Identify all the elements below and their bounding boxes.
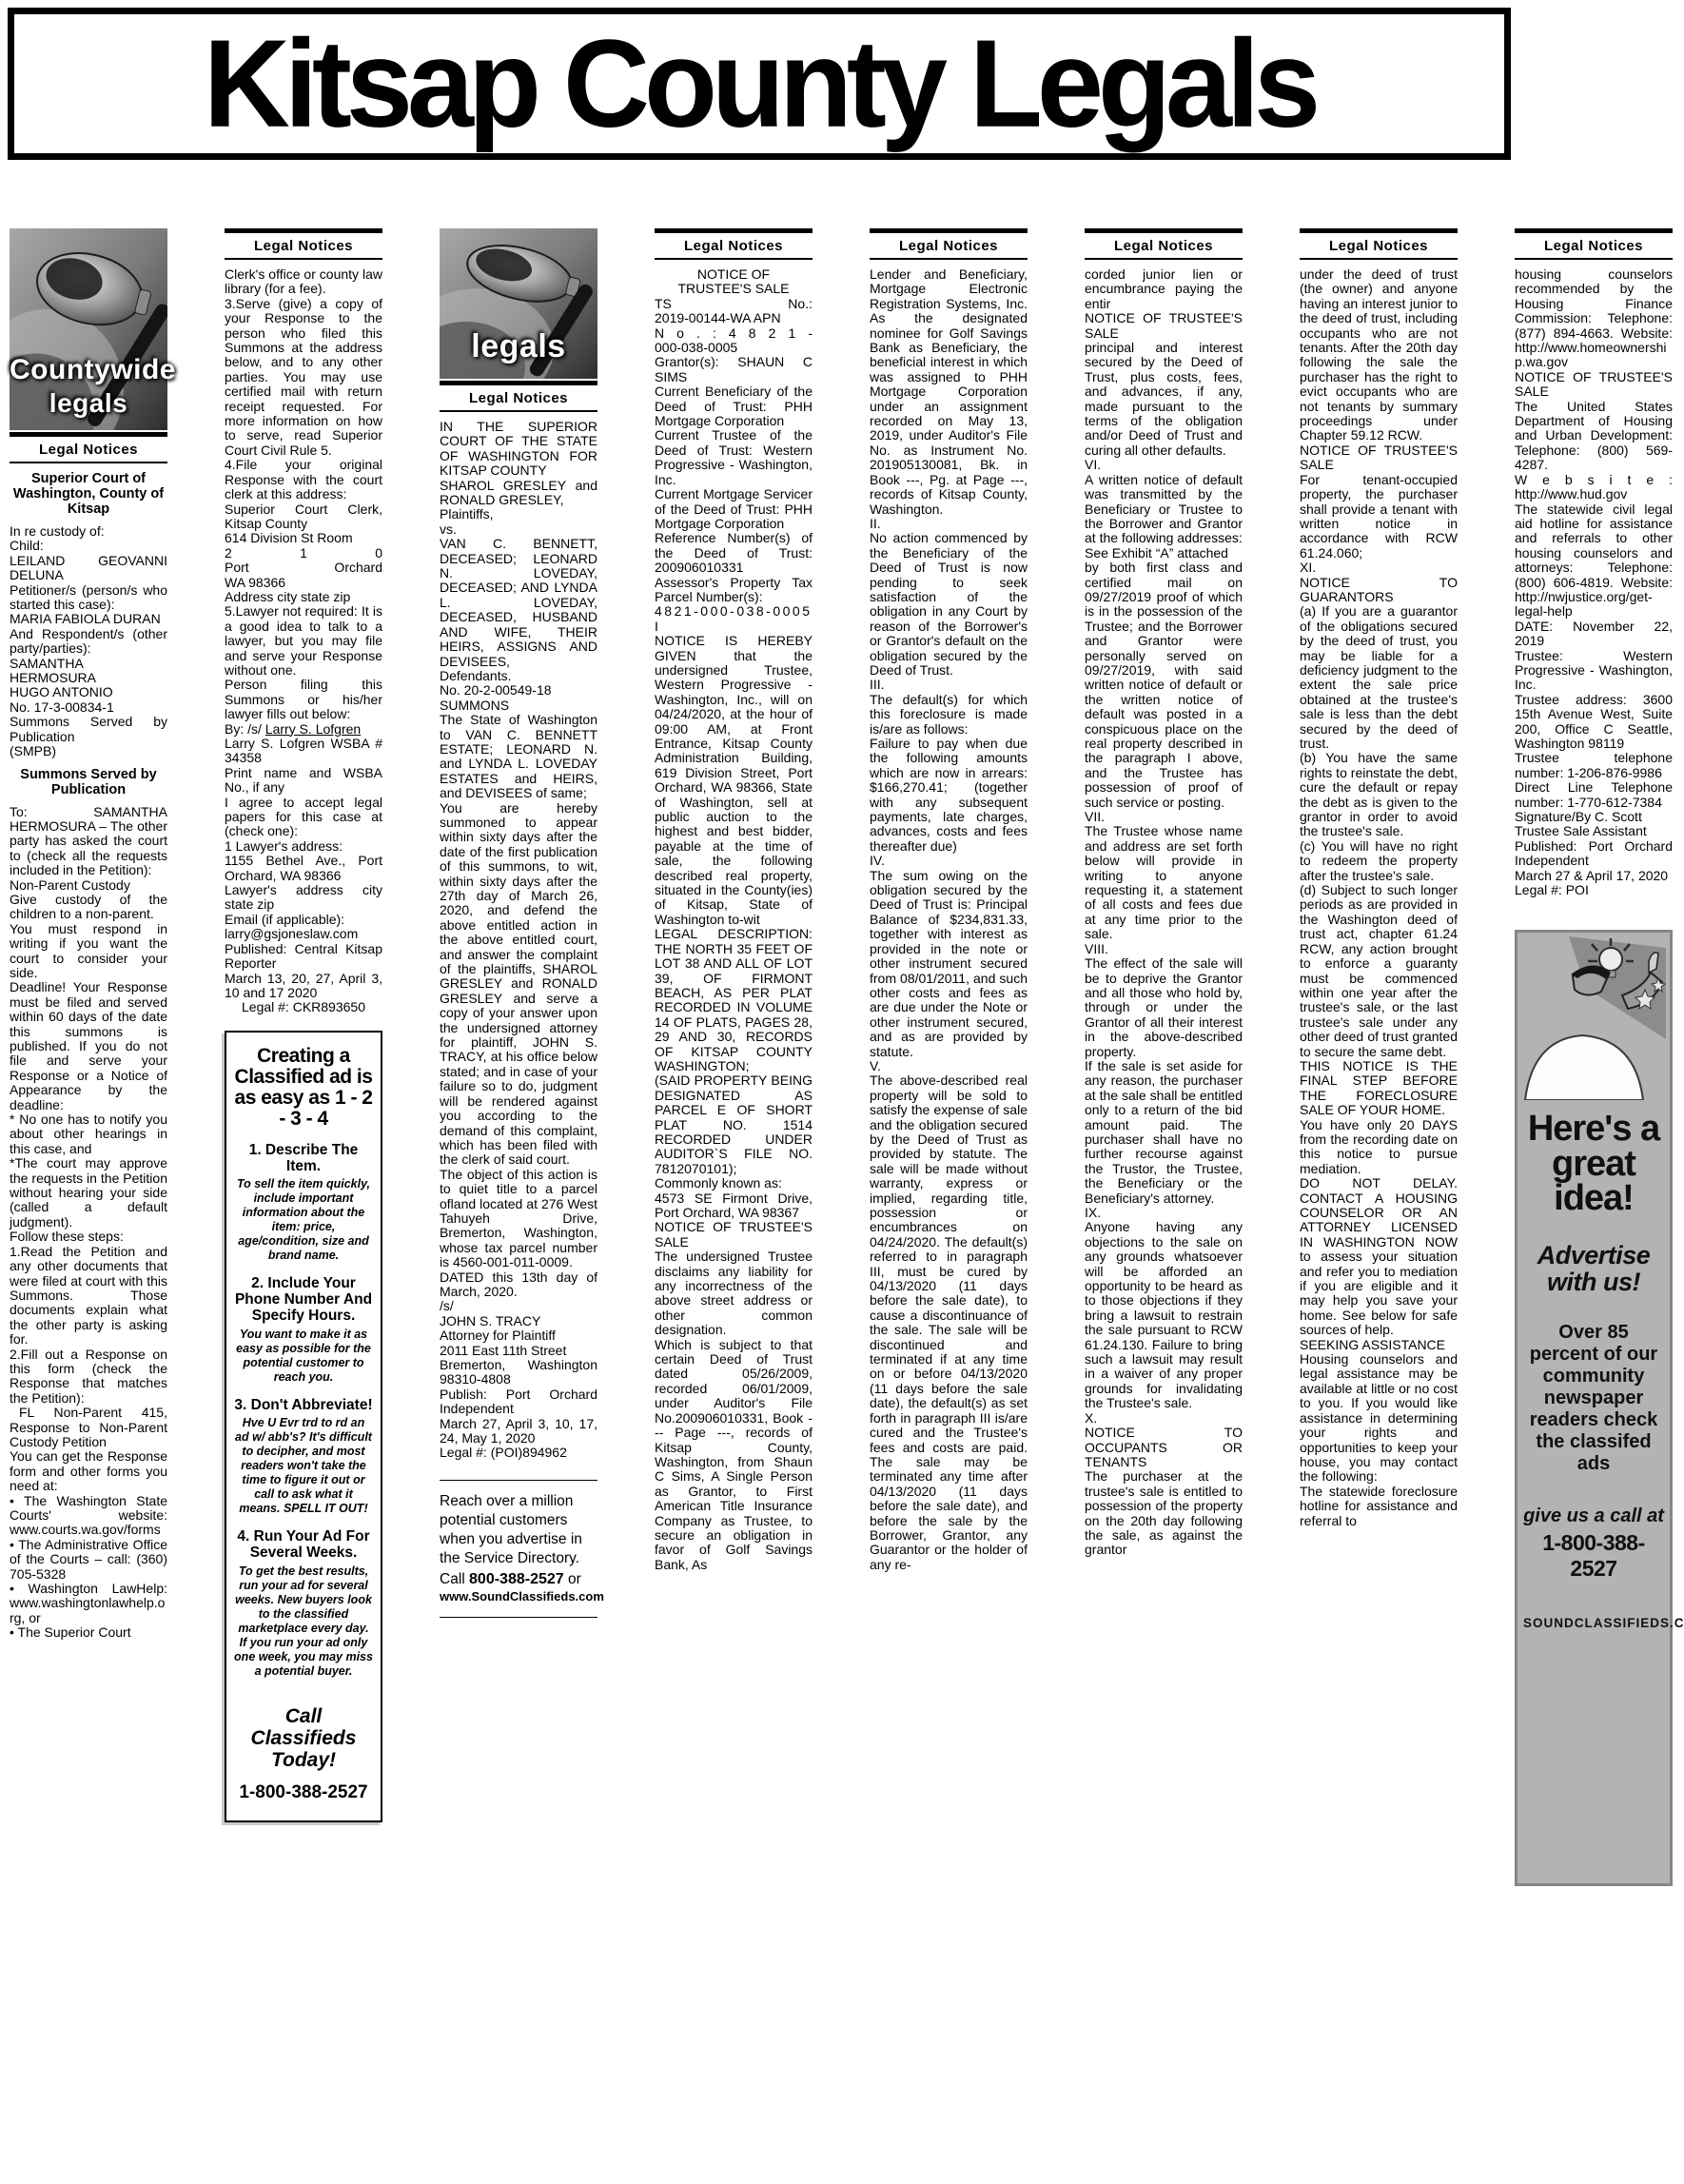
column-4: Legal NoticesNOTICE OFTRUSTEE'S SALETS N… xyxy=(655,228,813,2176)
legal-text: NOTICE OF TRUSTEE'S SALE xyxy=(1300,443,1458,473)
legal-text: FL Non-Parent 415, Response to Non-Paren… xyxy=(10,1406,167,1449)
legal-text: No. 20-2-00549-18 xyxy=(440,683,597,698)
classified-step-heading: 2. Include Your Phone Number And Specify… xyxy=(234,1276,373,1324)
legal-text: Larry S. Lofgren WSBA # 34358 xyxy=(225,737,382,766)
header-rule-thin xyxy=(225,258,382,260)
legal-text: No. 17-3-00834-1 xyxy=(10,700,167,715)
legal-notices-title: Legal Notices xyxy=(1085,233,1243,258)
legal-text: 2011 East 11th Street xyxy=(440,1344,597,1358)
legal-text: Current Mortgage Servicer of the Deed of… xyxy=(655,487,813,531)
service-directory-ad: Reach over a million potential customers… xyxy=(440,1480,597,1619)
legal-text: NOTICE OF TRUSTEE'S SALE xyxy=(1515,370,1673,400)
legal-text: Trustee: Western Progressive - Washingto… xyxy=(1515,649,1673,693)
legal-text: 4573 SE Firmont Drive, Port Orchard, WA … xyxy=(655,1191,813,1221)
legal-text: V. xyxy=(870,1059,1028,1073)
classified-ad-step: 3. Don't Abbreviate!Hve U Evr trd to rd … xyxy=(234,1398,373,1517)
legal-notices-title: Legal Notices xyxy=(655,233,813,258)
legal-text: DATE: November 22, 2019 xyxy=(1515,620,1673,649)
legal-text: W e b s i t e : xyxy=(1515,473,1673,487)
legal-text: Petitioner/s (person/s who started this … xyxy=(10,583,167,613)
legal-text: 000-038-0005 xyxy=(655,341,813,355)
classified-step-body: You want to make it as easy as possible … xyxy=(234,1328,373,1385)
advertise-ad-phone: 1-800-388-2527 xyxy=(1523,1530,1664,1582)
classified-ad-step: 4. Run Your Ad For Several Weeks.To get … xyxy=(234,1529,373,1678)
legal-text: 1.Read the Petition and any other docume… xyxy=(10,1245,167,1348)
legal-text: Legal #: (POI)894962 xyxy=(440,1446,597,1460)
legal-text: The undersigned Trustee disclaims any li… xyxy=(655,1249,813,1337)
legal-text: IV. xyxy=(870,854,1028,868)
legal-text: 1155 Bethel Ave., Port Orchard, WA 98366 xyxy=(225,854,382,883)
legal-notices-title: Legal Notices xyxy=(225,233,382,258)
legal-notices-title: Legal Notices xyxy=(870,233,1028,258)
legal-text: VII. xyxy=(1085,810,1243,824)
legal-text: VAN C. BENNETT, DECEASED; LEONARD N. LOV… xyxy=(440,537,597,669)
legal-notices-title: Legal Notices xyxy=(440,385,597,410)
legal-text: See Exhibit “A” attached xyxy=(1085,546,1243,561)
legal-text: II. xyxy=(870,517,1028,531)
legal-text: The State of Washington to VAN C. BENNET… xyxy=(440,713,597,800)
classified-step-heading: 1. Describe The Item. xyxy=(234,1143,373,1174)
classified-step-heading: 4. Run Your Ad For Several Weeks. xyxy=(234,1529,373,1561)
legal-text: A written notice of default was transmit… xyxy=(1085,473,1243,546)
legal-text: The statewide civil legal aid hotline fo… xyxy=(1515,502,1673,620)
legal-text: Published: Port Orchard Independent xyxy=(1515,839,1673,869)
legal-text: March 13, 20, 27, April 3, 10 and 17 202… xyxy=(225,972,382,1001)
legal-text: Give custody of the children to a non-pa… xyxy=(10,893,167,922)
header-rule-thin xyxy=(440,410,597,412)
classified-step-body: Hve U Evr trd to rd an ad w/ abb's? It's… xyxy=(234,1416,373,1516)
legal-text: Which is subject to that certain Deed of… xyxy=(655,1338,813,1573)
classified-step-heading: 3. Don't Abbreviate! xyxy=(234,1398,373,1414)
legal-notices-header: Legal Notices xyxy=(225,228,382,260)
legal-text: Print name and WSBA No., if any xyxy=(225,766,382,796)
legal-text: And Respondent/s (other party/parties): xyxy=(10,627,167,657)
header-rule-thin xyxy=(655,258,813,260)
legal-text: 614 Division St Room xyxy=(225,531,382,545)
legal-text: Current Trustee of the Deed of Trust: We… xyxy=(655,428,813,487)
legal-text: Published: Central Kitsap Reporter xyxy=(225,942,382,972)
legal-text: You can get the Response form and other … xyxy=(10,1449,167,1493)
column-8: Legal Noticeshousing counselors recommen… xyxy=(1515,228,1673,2176)
legal-text: N o . : 4 8 2 1 - xyxy=(655,326,813,341)
legal-text: by both first class and certified mail o… xyxy=(1085,561,1243,810)
legal-notices-title: Legal Notices xyxy=(1300,233,1458,258)
legal-text: I agree to accept legal papers for this … xyxy=(225,796,382,839)
legal-text: DO NOT DELAY. CONTACT A HOUSING COUNSELO… xyxy=(1300,1176,1458,1337)
legal-text: Follow these steps: xyxy=(10,1230,167,1244)
legal-notices-header: Legal Notices xyxy=(1085,228,1243,260)
column-1: CountywidelegalsLegal NoticesSuperior Co… xyxy=(10,228,167,2176)
legal-text: Direct Line Telephone number: 1-770-612-… xyxy=(1515,780,1673,810)
legal-text: VI. xyxy=(1085,458,1243,472)
header-rule-thin xyxy=(10,462,167,463)
legal-text: NOTICE OF TRUSTEE'S SALE xyxy=(655,1220,813,1249)
legal-text: Housing counselors and legal assistance … xyxy=(1300,1352,1458,1485)
service-ad-or: or xyxy=(568,1571,581,1587)
legal-text: You are hereby summoned to appear within… xyxy=(440,801,597,1168)
legal-text: SAMANTHA HERMOSURA xyxy=(10,657,167,686)
legal-notices-title: Legal Notices xyxy=(10,437,167,462)
legal-text: • The Superior Court xyxy=(10,1625,167,1640)
legal-text: 5.Lawyer not required: It is a good idea… xyxy=(225,604,382,678)
legal-text: 2 1 0 xyxy=(225,546,382,561)
legal-text: Lender and Beneficiary, Mortgage Electro… xyxy=(870,267,1028,517)
legal-text: If the sale is set aside for any reason,… xyxy=(1085,1059,1243,1206)
legal-text: 3.Serve (give) a copy of your Response t… xyxy=(225,297,382,458)
legal-notices-header: Legal Notices xyxy=(10,432,167,463)
legal-text: Address city state zip xyxy=(225,590,382,604)
legal-text: You have only 20 DAYS from the recording… xyxy=(1300,1118,1458,1177)
legal-text: To: SAMANTHA HERMOSURA – The other party… xyxy=(10,805,167,878)
legal-text: (SAID PROPERTY BEING DESIGNATED AS PARCE… xyxy=(655,1073,813,1176)
legal-text: Summons Served by Publication xyxy=(10,715,167,744)
legal-text: The effect of the sale will be to depriv… xyxy=(1085,956,1243,1059)
legal-text: Bremerton, Washington 98310-4808 xyxy=(440,1358,597,1387)
legal-notices-header: Legal Notices xyxy=(440,381,597,412)
legal-text: LEILAND GEOVANNI DELUNA xyxy=(10,554,167,583)
photo-caption: legals xyxy=(440,328,597,365)
advertise-ad-body: Over 85 percent of our community newspap… xyxy=(1523,1322,1664,1475)
legal-text: The object of this action is to quiet ti… xyxy=(440,1168,597,1270)
legal-text: The statewide foreclosure hotline for as… xyxy=(1300,1485,1458,1528)
legal-text: housing counselors recommended by the Ho… xyxy=(1515,267,1673,370)
advertise-with-us-ad: Here's a great idea!Advertise with us!Ov… xyxy=(1515,930,1673,1886)
legal-text: 4.File your original Response with the c… xyxy=(225,458,382,502)
legal-text: NOTICE TO OCCUPANTS OR TENANTS xyxy=(1085,1426,1243,1469)
legal-text: MARIA FABIOLA DURAN xyxy=(10,612,167,626)
legal-text: Person filing this Summons or his/her la… xyxy=(225,678,382,721)
legal-text: I xyxy=(655,620,813,634)
legal-text: (c) You will have no right to redeem the… xyxy=(1300,839,1458,883)
legal-text: The sum owing on the obligation secured … xyxy=(870,869,1028,1059)
legal-text: The purchaser at the trustee's sale is e… xyxy=(1085,1469,1243,1557)
service-ad-call-line: Call 800-388-2527 or xyxy=(440,1571,597,1588)
legal-text: NOTICE OF TRUSTEE'S SALE xyxy=(1085,311,1243,341)
legal-subheading: Superior Court of Washington, County of … xyxy=(10,471,167,517)
column-6: Legal Noticescorded junior lien or encum… xyxy=(1085,228,1243,2176)
legal-text: Attorney for Plaintiff xyxy=(440,1328,597,1343)
legal-text: Defendants. xyxy=(440,669,597,683)
legal-text: vs. xyxy=(440,522,597,537)
legal-text: Lawyer's address city state zip xyxy=(225,883,382,913)
service-ad-phone: 800-388-2527 xyxy=(469,1571,564,1587)
classified-howto-ad: Creating a Classified ad is as easy as 1… xyxy=(225,1031,382,1822)
legal-text: SUMMONS xyxy=(440,698,597,713)
legal-text: 2019-00144-WA APN xyxy=(655,311,813,325)
legal-text: 2.Fill out a Response on this form (chec… xyxy=(10,1348,167,1407)
column-3: legalsLegal NoticesIN THE SUPERIOR COURT… xyxy=(440,228,597,2176)
legal-text: WA 98366 xyxy=(225,576,382,590)
legal-text: under the deed of trust (the owner) and … xyxy=(1300,267,1458,443)
legal-text: VIII. xyxy=(1085,942,1243,956)
legal-text: • The Washington State Courts' website: … xyxy=(10,1494,167,1538)
legal-text: X. xyxy=(1085,1411,1243,1426)
legal-text: Failure to pay when due the following am… xyxy=(870,737,1028,854)
signature-name: Larry S. Lofgren xyxy=(265,721,361,737)
legal-text: TS No.: xyxy=(655,297,813,311)
column-5: Legal NoticesLender and Beneficiary, Mor… xyxy=(870,228,1028,2176)
legal-text: Grantor(s): SHAUN C SIMS xyxy=(655,355,813,384)
legal-text: Reference Number(s) of the Deed of Trust… xyxy=(655,531,813,575)
legal-notices-header: Legal Notices xyxy=(870,228,1028,260)
legal-text: Current Beneficiary of the Deed of Trust… xyxy=(655,384,813,428)
legal-text: Legal #: CKR893650 xyxy=(225,1000,382,1014)
legal-text: NOTICE OF xyxy=(655,267,813,282)
legal-text: DATED this 13th day of March, 2020. xyxy=(440,1270,597,1300)
legal-text: TRUSTEE'S SALE xyxy=(655,282,813,296)
page-title: Kitsap County Legals xyxy=(204,21,1315,146)
legal-notices-title: Legal Notices xyxy=(1515,233,1673,258)
legal-text: IX. xyxy=(1085,1206,1243,1220)
legal-text: Non-Parent Custody xyxy=(10,878,167,893)
classified-ad-phone: 1-800-388-2527 xyxy=(234,1782,373,1803)
classified-ad-step: 1. Describe The Item.To sell the item qu… xyxy=(234,1143,373,1263)
legal-text: Assessor's Property Tax Parcel Number(s)… xyxy=(655,576,813,605)
legal-notice-columns: CountywidelegalsLegal NoticesSuperior Co… xyxy=(10,228,1673,2176)
legal-text: Superior Court Clerk, Kitsap County xyxy=(225,502,382,532)
legal-text: NOTICE TO GUARANTORS xyxy=(1300,576,1458,605)
legal-notices-header: Legal Notices xyxy=(1300,228,1458,260)
service-ad-website: www.SoundClassifieds.com xyxy=(440,1589,597,1604)
legal-text: Port Orchard xyxy=(225,561,382,575)
classified-step-body: To sell the item quickly, include import… xyxy=(234,1177,373,1263)
legal-text: SHAROL GRESLEY and RONALD GRESLEY, xyxy=(440,479,597,508)
classified-ad-step: 2. Include Your Phone Number And Specify… xyxy=(234,1276,373,1384)
legal-text: (d) Subject to such longer periods as ar… xyxy=(1300,883,1458,1059)
legal-text: LEGAL DESCRIPTION: THE NORTH 35 FEET OF … xyxy=(655,927,813,1073)
header-rule-thin xyxy=(1085,258,1243,260)
lightbulb-person-illustration xyxy=(1523,936,1666,1100)
photo-caption: legals xyxy=(10,388,167,419)
legal-text: The default(s) for which this foreclosur… xyxy=(870,693,1028,737)
legal-text: The above-described real property will b… xyxy=(870,1073,1028,1572)
classified-ad-cta: Call Classifieds Today! xyxy=(234,1705,373,1771)
legal-text: * No one has to notify you about other h… xyxy=(10,1112,167,1156)
legal-text: Child: xyxy=(10,539,167,553)
legal-text: (a) If you are a guarantor of the obliga… xyxy=(1300,604,1458,751)
signature-line: By: /s/ Larry S. Lofgren xyxy=(225,722,382,737)
legal-text: corded junior lien or encumbrance paying… xyxy=(1085,267,1243,311)
advertise-ad-subheadline: Advertise with us! xyxy=(1523,1242,1664,1296)
legal-text: • Washington LawHelp: www.washingtonlawh… xyxy=(10,1582,167,1625)
legal-text: Publish: Port Orchard Independent xyxy=(440,1387,597,1417)
classified-step-body: To get the best results, run your ad for… xyxy=(234,1564,373,1679)
photo-caption: Countywide xyxy=(10,354,167,386)
legal-text: XI. xyxy=(1300,561,1458,575)
legal-text: March 27 & April 17, 2020 xyxy=(1515,869,1673,883)
legal-text: 4821-000-038-0005 xyxy=(655,604,813,619)
legal-text: SEEKING ASSISTANCE xyxy=(1300,1338,1458,1352)
legal-text: • The Administrative Office of the Court… xyxy=(10,1538,167,1582)
legal-text: Trustee telephone number: 1-206-876-9986 xyxy=(1515,751,1673,780)
service-ad-call-prefix: Call xyxy=(440,1571,465,1587)
legal-text: March 27, April 3, 10, 17, 24, May 1, 20… xyxy=(440,1417,597,1446)
service-ad-text: Reach over a million potential customers… xyxy=(440,1492,597,1569)
legal-text: Email (if applicable): xyxy=(225,913,382,927)
legal-text: larry@gsjoneslaw.com xyxy=(225,927,382,941)
legal-text: (b) You have the same rights to reinstat… xyxy=(1300,751,1458,838)
legal-text: III. xyxy=(870,678,1028,692)
legal-text: Commonly known as: xyxy=(655,1176,813,1190)
legal-text: IN THE SUPERIOR COURT OF THE STATE OF WA… xyxy=(440,420,597,479)
legal-text: Clerk's office or county law library (fo… xyxy=(225,267,382,297)
legal-text: principal and interest secured by the De… xyxy=(1085,341,1243,458)
legal-text: For tenant-occupied property, the purcha… xyxy=(1300,473,1458,561)
page-banner: Kitsap County Legals xyxy=(8,8,1511,160)
header-rule-thin xyxy=(870,258,1028,260)
legal-text: Legal #: POI xyxy=(1515,883,1673,897)
legal-text: 1 Lawyer's address: xyxy=(225,839,382,854)
legal-text: Deadline! Your Response must be filed an… xyxy=(10,980,167,1112)
legal-text: *The court may approve the requests in t… xyxy=(10,1156,167,1230)
legal-text: No action commenced by the Beneficiary o… xyxy=(870,531,1028,678)
column-2: Legal NoticesClerk's office or county la… xyxy=(225,228,382,2176)
legals-photo: legals xyxy=(440,228,597,379)
legal-text: NOTICE IS HEREBY GIVEN that the undersig… xyxy=(655,634,813,927)
legal-text: JOHN S. TRACY xyxy=(440,1314,597,1328)
legal-notices-header: Legal Notices xyxy=(1515,228,1673,260)
legal-text: Trustee Sale Assistant xyxy=(1515,824,1673,838)
legal-text: The United States Department of Housing … xyxy=(1515,400,1673,473)
countywide-legals-photo: Countywidelegals xyxy=(10,228,167,430)
legal-notices-header: Legal Notices xyxy=(655,228,813,260)
legal-text: http://www.hud.gov xyxy=(1515,487,1673,502)
advertise-ad-headline: Here's a great idea! xyxy=(1523,1112,1664,1214)
column-7: Legal Noticesunder the deed of trust (th… xyxy=(1300,228,1458,2176)
advertise-ad-website: SOUNDCLASSIFIEDS.COM xyxy=(1523,1616,1664,1630)
legal-text: Anyone having any objections to the sale… xyxy=(1085,1220,1243,1410)
legal-text: /s/ xyxy=(440,1299,597,1313)
legal-text: The Trustee whose name and address are s… xyxy=(1085,824,1243,941)
signature-prefix: By: /s/ xyxy=(225,721,265,737)
legal-text: You must respond in writing if you want … xyxy=(10,922,167,981)
advertise-ad-cta: give us a call at xyxy=(1523,1505,1664,1527)
header-rule-thin xyxy=(1300,258,1458,260)
legal-text: (SMPB) xyxy=(10,744,167,758)
legal-subheading: Summons Served by Publication xyxy=(10,767,167,797)
classified-ad-title: Creating a Classified ad is as easy as 1… xyxy=(234,1046,373,1130)
header-rule-thin xyxy=(1515,258,1673,260)
legal-text: THIS NOTICE IS THE FINAL STEP BEFORE THE… xyxy=(1300,1059,1458,1118)
legal-text: HUGO ANTONIO xyxy=(10,685,167,699)
legal-text: Plaintiffs, xyxy=(440,507,597,521)
legal-text: Signature/By C. Scott xyxy=(1515,810,1673,824)
legal-text: In re custody of: xyxy=(10,524,167,539)
legal-text: Trustee address: 3600 15th Avenue West, … xyxy=(1515,693,1673,752)
